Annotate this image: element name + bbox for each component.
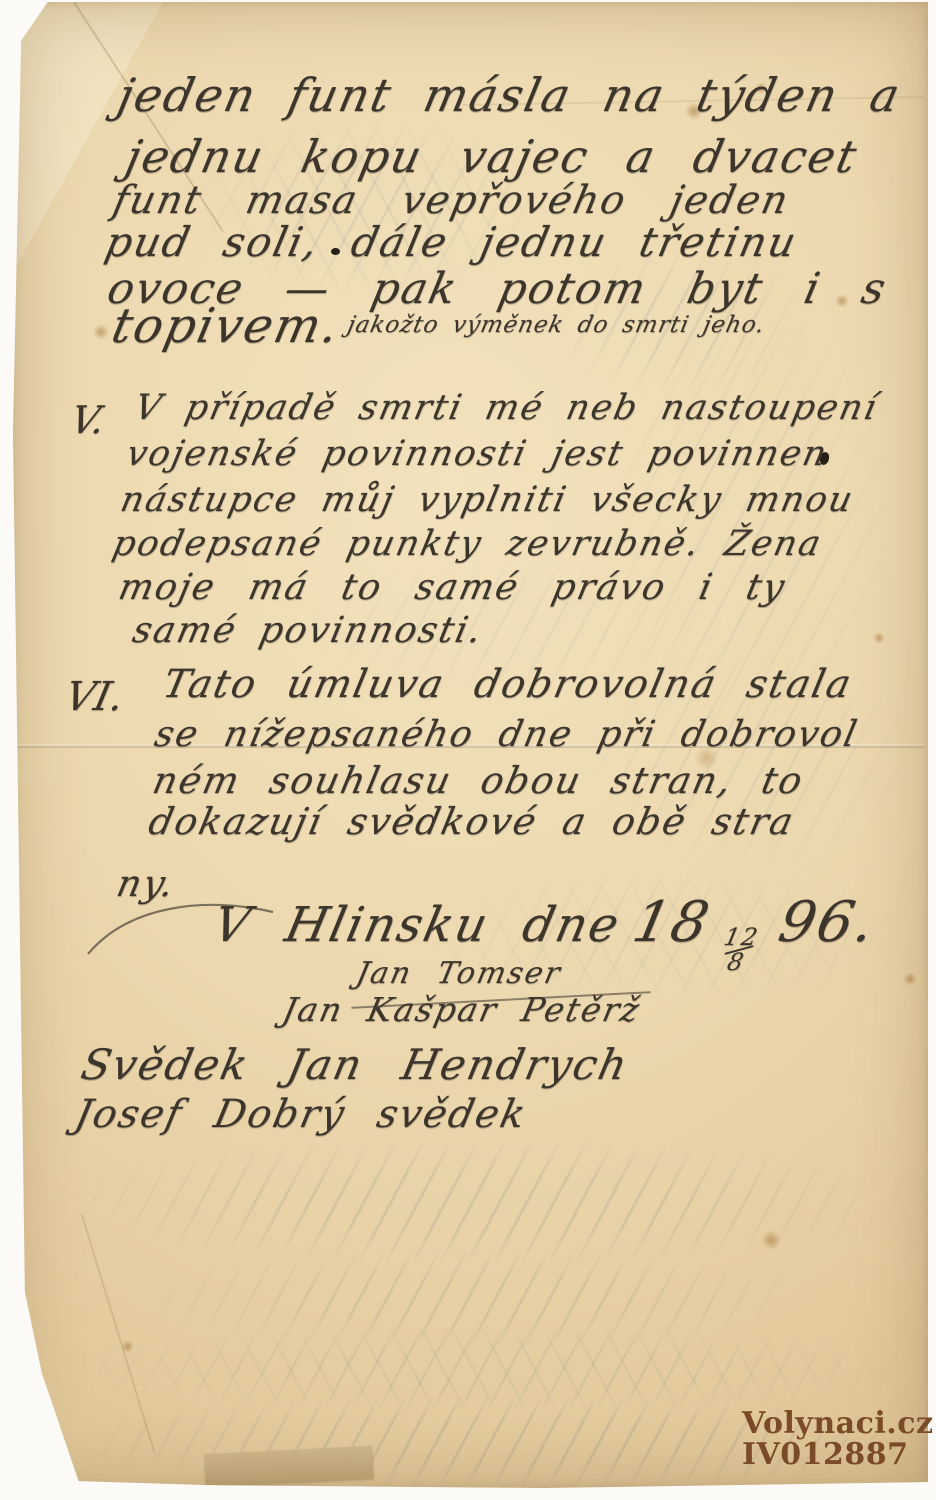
watermark-id: IV012887 <box>742 1439 934 1470</box>
foxing-spot <box>761 1230 781 1250</box>
signature: Josef Dobrý svědek <box>71 1092 531 1137</box>
manuscript-interlinear-note: jakožto výměnek do smrti jeho. <box>345 312 767 338</box>
scanned-document: jeden funt másla na týden a jednu kopu v… <box>0 0 936 1500</box>
watermark: Volynaci.cz IV012887 <box>742 1408 934 1470</box>
dateline-month: 8 <box>725 952 747 973</box>
manuscript-line: jednu kopu vajec a dvacet <box>121 130 863 183</box>
manuscript-line: dokazují svědkové a obě stra <box>145 800 799 843</box>
foxing-spot <box>903 972 917 986</box>
manuscript-line: pud soli, dále jednu třetinu <box>101 218 802 266</box>
signature: Svědek Jan Hendrych <box>77 1040 633 1089</box>
manuscript-line: funt masa vepřového jeden <box>109 178 794 223</box>
dateline-day: 12 <box>722 927 761 948</box>
dateline-day-month: 12 8 <box>717 927 761 973</box>
foxing-spot <box>93 324 109 340</box>
section-number-vi: VI. <box>61 674 128 720</box>
manuscript-line: podepsané punkty zevrubně. Žena <box>109 524 826 564</box>
manuscript-line: vojenské povinnosti jest povinnen <box>123 434 832 474</box>
dateline-year-prefix: 18 <box>627 890 716 955</box>
dateline-place: V Hlinsku dne <box>208 897 625 953</box>
manuscript-line: Tato úmluva dobrovolná stala <box>159 662 857 707</box>
manuscript-line: se nížepsaného dne při dobrovol <box>151 714 862 755</box>
manuscript-line: moje má to samé právo i ty <box>115 567 790 608</box>
section-number-v: V. <box>67 398 109 442</box>
foxing-spot <box>873 632 885 644</box>
dateline-year-suffix: 96. <box>773 890 882 955</box>
manuscript-line: jeden funt másla na týden a <box>113 68 906 122</box>
signature: Jan Tomser <box>353 956 565 991</box>
manuscript-line: V případě smrti mé neb nastoupení <box>131 388 882 428</box>
manuscript-line: ném souhlasu obou stran, to <box>149 759 808 802</box>
foxing-spot <box>121 1340 134 1353</box>
paper-sheet: jeden funt másla na týden a jednu kopu v… <box>13 2 928 1488</box>
watermark-site: Volynaci.cz <box>742 1408 934 1439</box>
manuscript-line: topivem. <box>107 298 345 354</box>
signature: Jan Kašpar Petěrž <box>279 990 644 1029</box>
manuscript-line: samé povinnosti. <box>129 610 487 651</box>
manuscript-line: nástupce můj vyplniti všecky mnou <box>117 480 858 520</box>
